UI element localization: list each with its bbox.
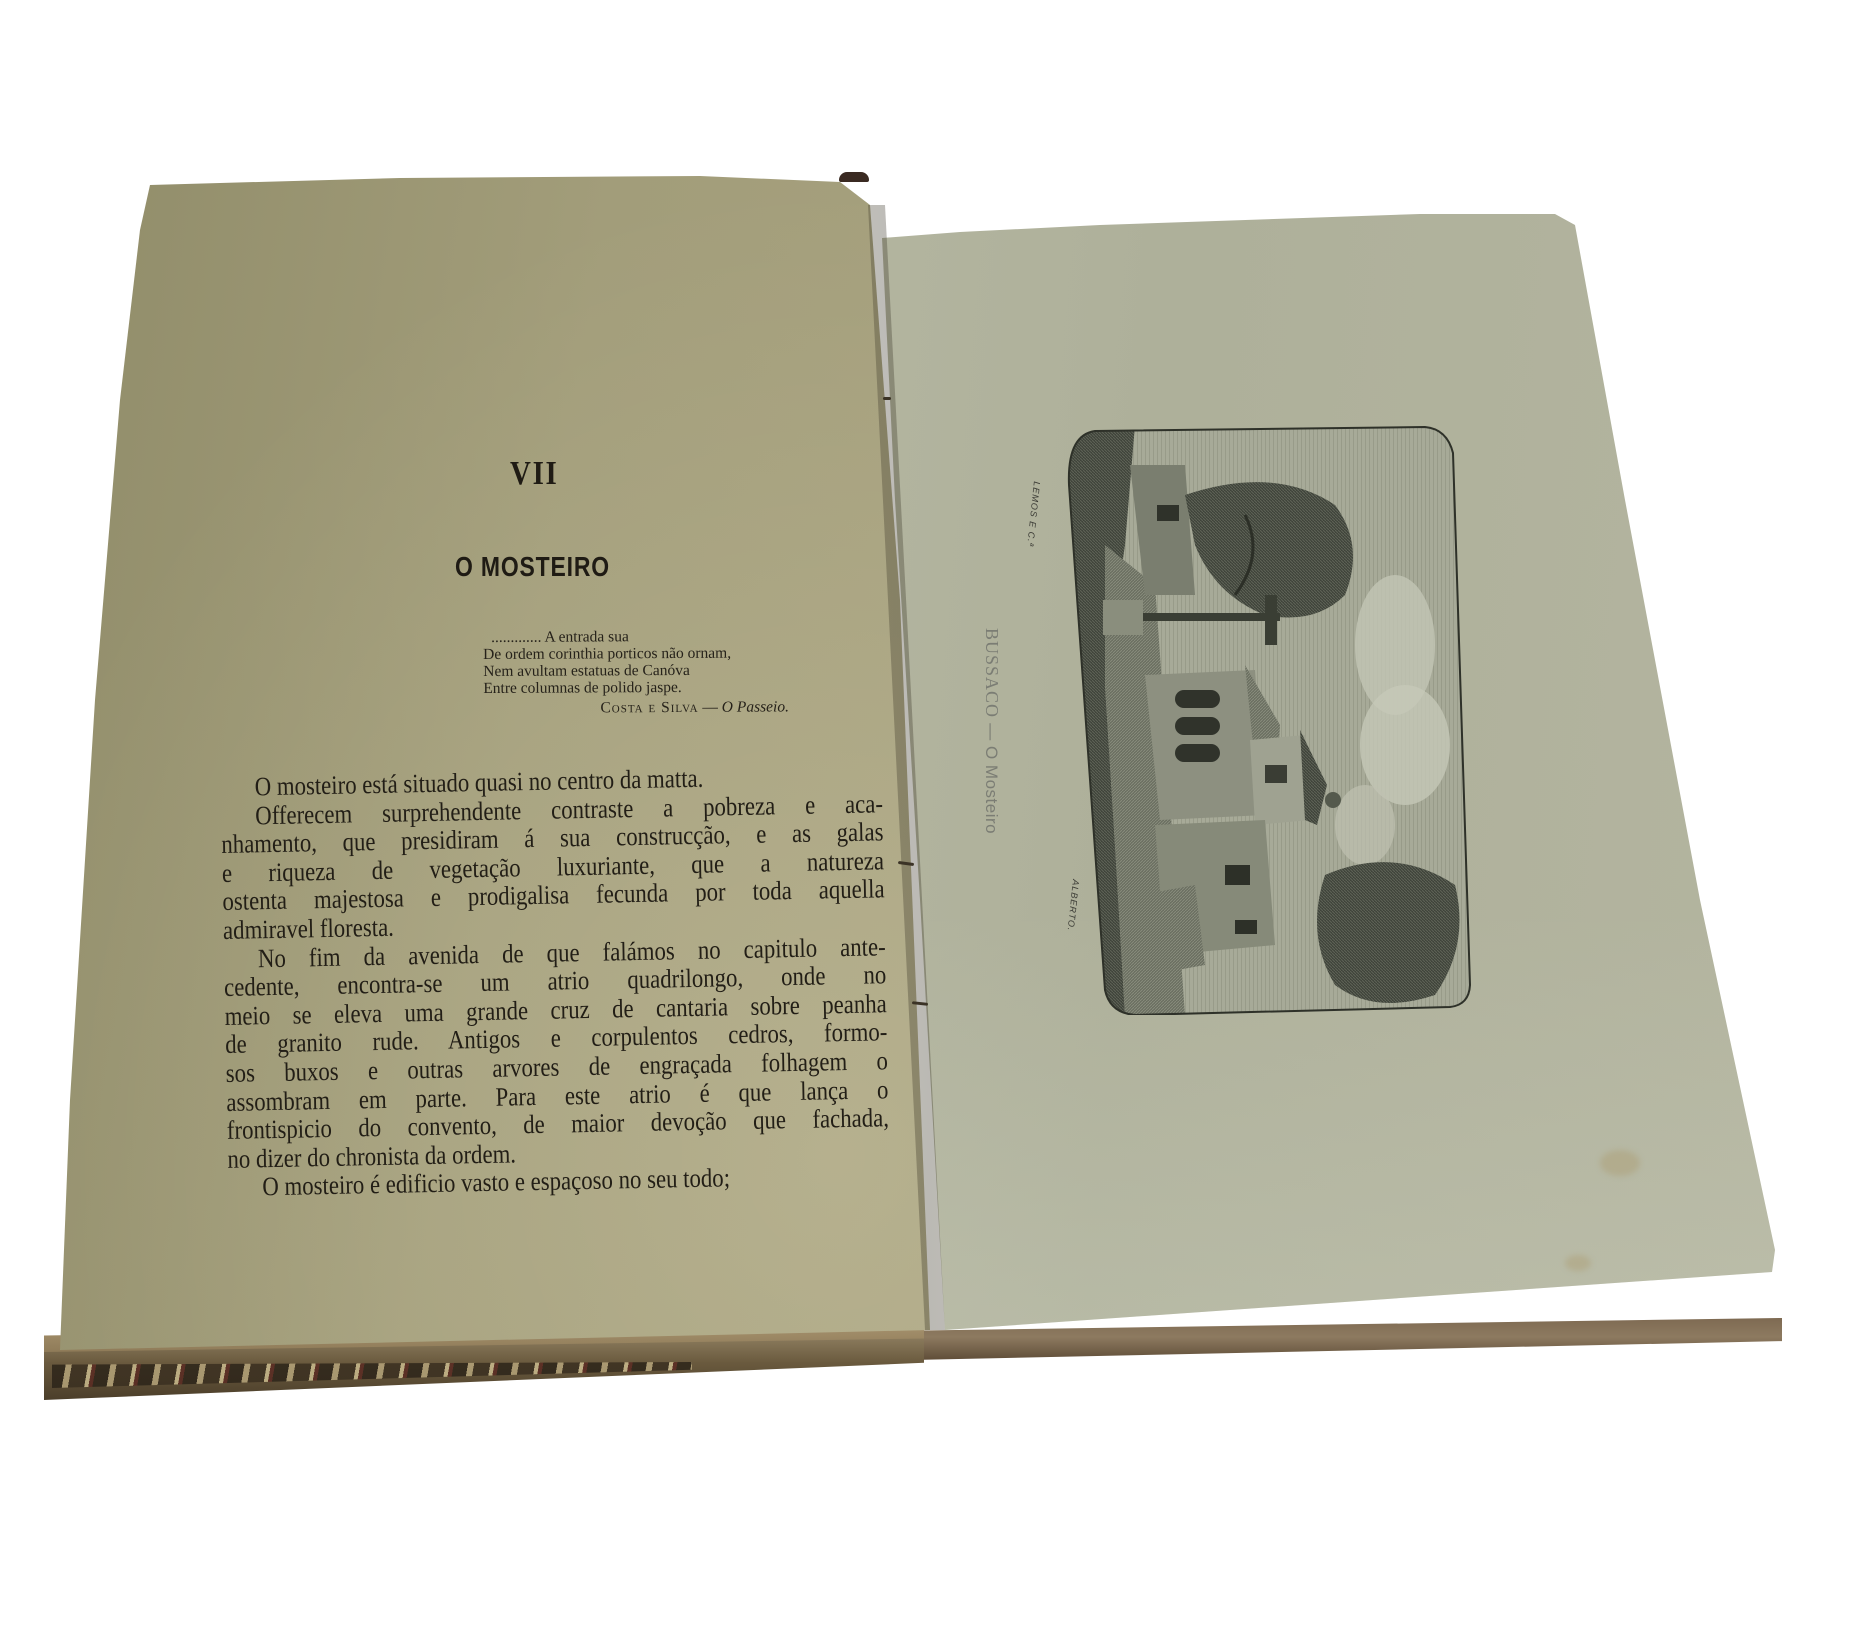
book-cover-edge-right bbox=[912, 1318, 1782, 1360]
body-text: O mosteiro está situado quasi no centro … bbox=[220, 762, 779, 1201]
epigraph-author: Costa e Silva bbox=[600, 699, 698, 717]
epigraph-line: De ordem corinthia porticos não ornam, bbox=[483, 644, 789, 663]
chapter-number: VII bbox=[510, 455, 558, 493]
spine-headband bbox=[839, 172, 869, 182]
epigraph: ............. A entrada sua De ordem cor… bbox=[483, 627, 789, 717]
plate-caption: BUSSACO — O Mosteiro bbox=[981, 628, 1002, 834]
paper-stain bbox=[1600, 1150, 1640, 1176]
epigraph-work: O Passeio. bbox=[722, 698, 789, 715]
epigraph-attribution: Costa e Silva — O Passeio. bbox=[483, 698, 789, 717]
paper-stain bbox=[1565, 1255, 1591, 1271]
caption-place: BUSSACO bbox=[982, 628, 1002, 718]
chapter-title: O MOSTEIRO bbox=[455, 551, 610, 583]
epigraph-line: Entre columnas de polido jaspe. bbox=[483, 678, 789, 697]
photo-scene: VII O MOSTEIRO ............. A entrada s… bbox=[0, 0, 1857, 1650]
epigraph-line: ............. A entrada sua bbox=[483, 627, 789, 646]
binding-thread bbox=[883, 397, 891, 400]
monastery-engraving bbox=[1065, 425, 1475, 1015]
caption-separator: — bbox=[982, 718, 1001, 746]
caption-title: O Mosteiro bbox=[982, 746, 1001, 834]
epigraph-line: Nem avultam estatuas de Canóva bbox=[483, 661, 789, 680]
epigraph-separator: — bbox=[698, 699, 721, 716]
